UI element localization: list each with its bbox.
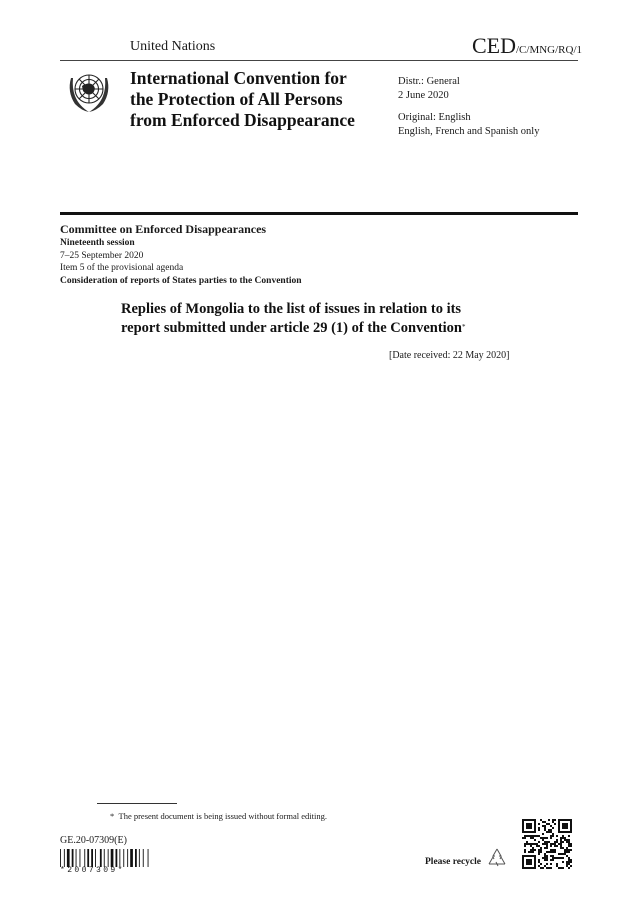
footnote-rule: [97, 803, 177, 804]
footnote: * The present document is being issued w…: [110, 811, 327, 821]
convention-title: International Convention for the Protect…: [130, 68, 355, 131]
committee-name: Committee on Enforced Disappearances: [60, 222, 266, 237]
un-emblem-icon: [64, 66, 114, 116]
date-received: [Date received: 22 May 2020]: [389, 350, 510, 361]
document-symbol: CED/C/MNG/RQ/1: [472, 33, 582, 59]
recycle-label: Please recycle: [425, 857, 481, 867]
job-number: GE.20-07309(E): [60, 835, 127, 846]
session-block: Nineteenth session 7–25 September 2020 I…: [60, 237, 302, 287]
barcode-digits: *2007309*: [60, 866, 125, 875]
distribution: Distr.: General: [398, 75, 539, 89]
recycle-icon: [486, 847, 508, 869]
session: Nineteenth session: [60, 237, 302, 250]
issue-date: 2 June 2020: [398, 89, 539, 103]
symbol-main: CED: [472, 33, 516, 58]
distribution-block: Distr.: General 2 June 2020 Original: En…: [398, 75, 539, 138]
session-dates: 7–25 September 2020: [60, 250, 302, 263]
organization-name: United Nations: [130, 39, 215, 55]
header-rule: [60, 60, 578, 61]
symbol-sub: /C/MNG/RQ/1: [516, 44, 582, 56]
original-language: Original: English: [398, 111, 539, 125]
qr-code-icon: [522, 819, 572, 869]
languages: English, French and Spanish only: [398, 125, 539, 139]
barcode-icon: [60, 849, 150, 867]
agenda-item: Item 5 of the provisional agenda: [60, 262, 302, 275]
agenda-title: Consideration of reports of States parti…: [60, 275, 302, 288]
footnote-marker: *: [462, 323, 466, 331]
report-title: Replies of Mongolia to the list of issue…: [121, 300, 466, 337]
section-rule: [60, 212, 578, 215]
